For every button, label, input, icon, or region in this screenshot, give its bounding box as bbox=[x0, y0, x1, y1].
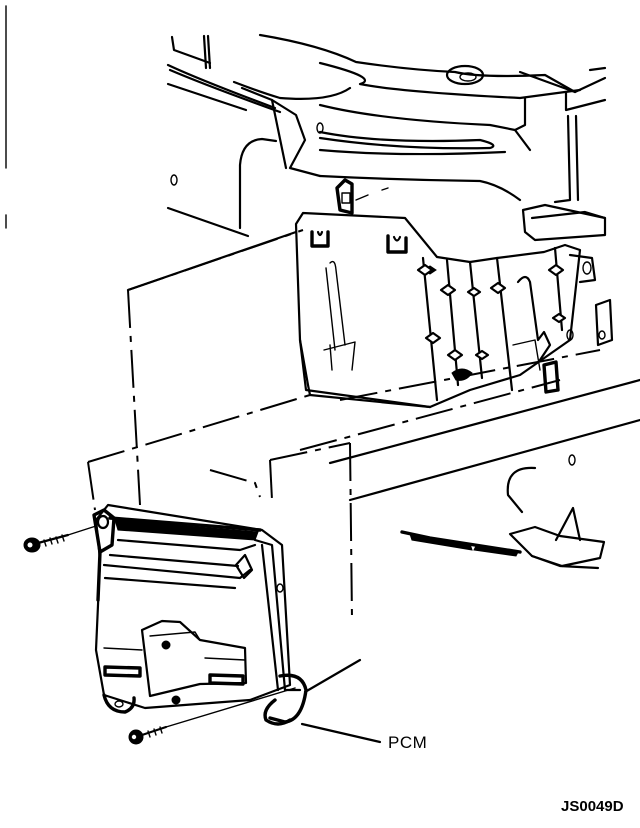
frame-edge bbox=[305, 660, 360, 692]
connector-clip bbox=[337, 180, 388, 213]
figure-code: JS0049D bbox=[561, 798, 624, 815]
floor-edges bbox=[128, 232, 640, 500]
pcm-module[interactable] bbox=[94, 505, 306, 724]
alignment-lines bbox=[88, 230, 600, 620]
pcm-installation-diagram bbox=[0, 0, 640, 828]
pcm-callout-label: PCM bbox=[388, 733, 427, 753]
mounting-bracket bbox=[296, 205, 612, 407]
upper-mounting-bolt[interactable] bbox=[24, 526, 96, 552]
lower-mounting-bolt[interactable] bbox=[129, 688, 295, 744]
pcm-leader-line bbox=[302, 724, 380, 742]
floor-bracket bbox=[402, 455, 604, 568]
